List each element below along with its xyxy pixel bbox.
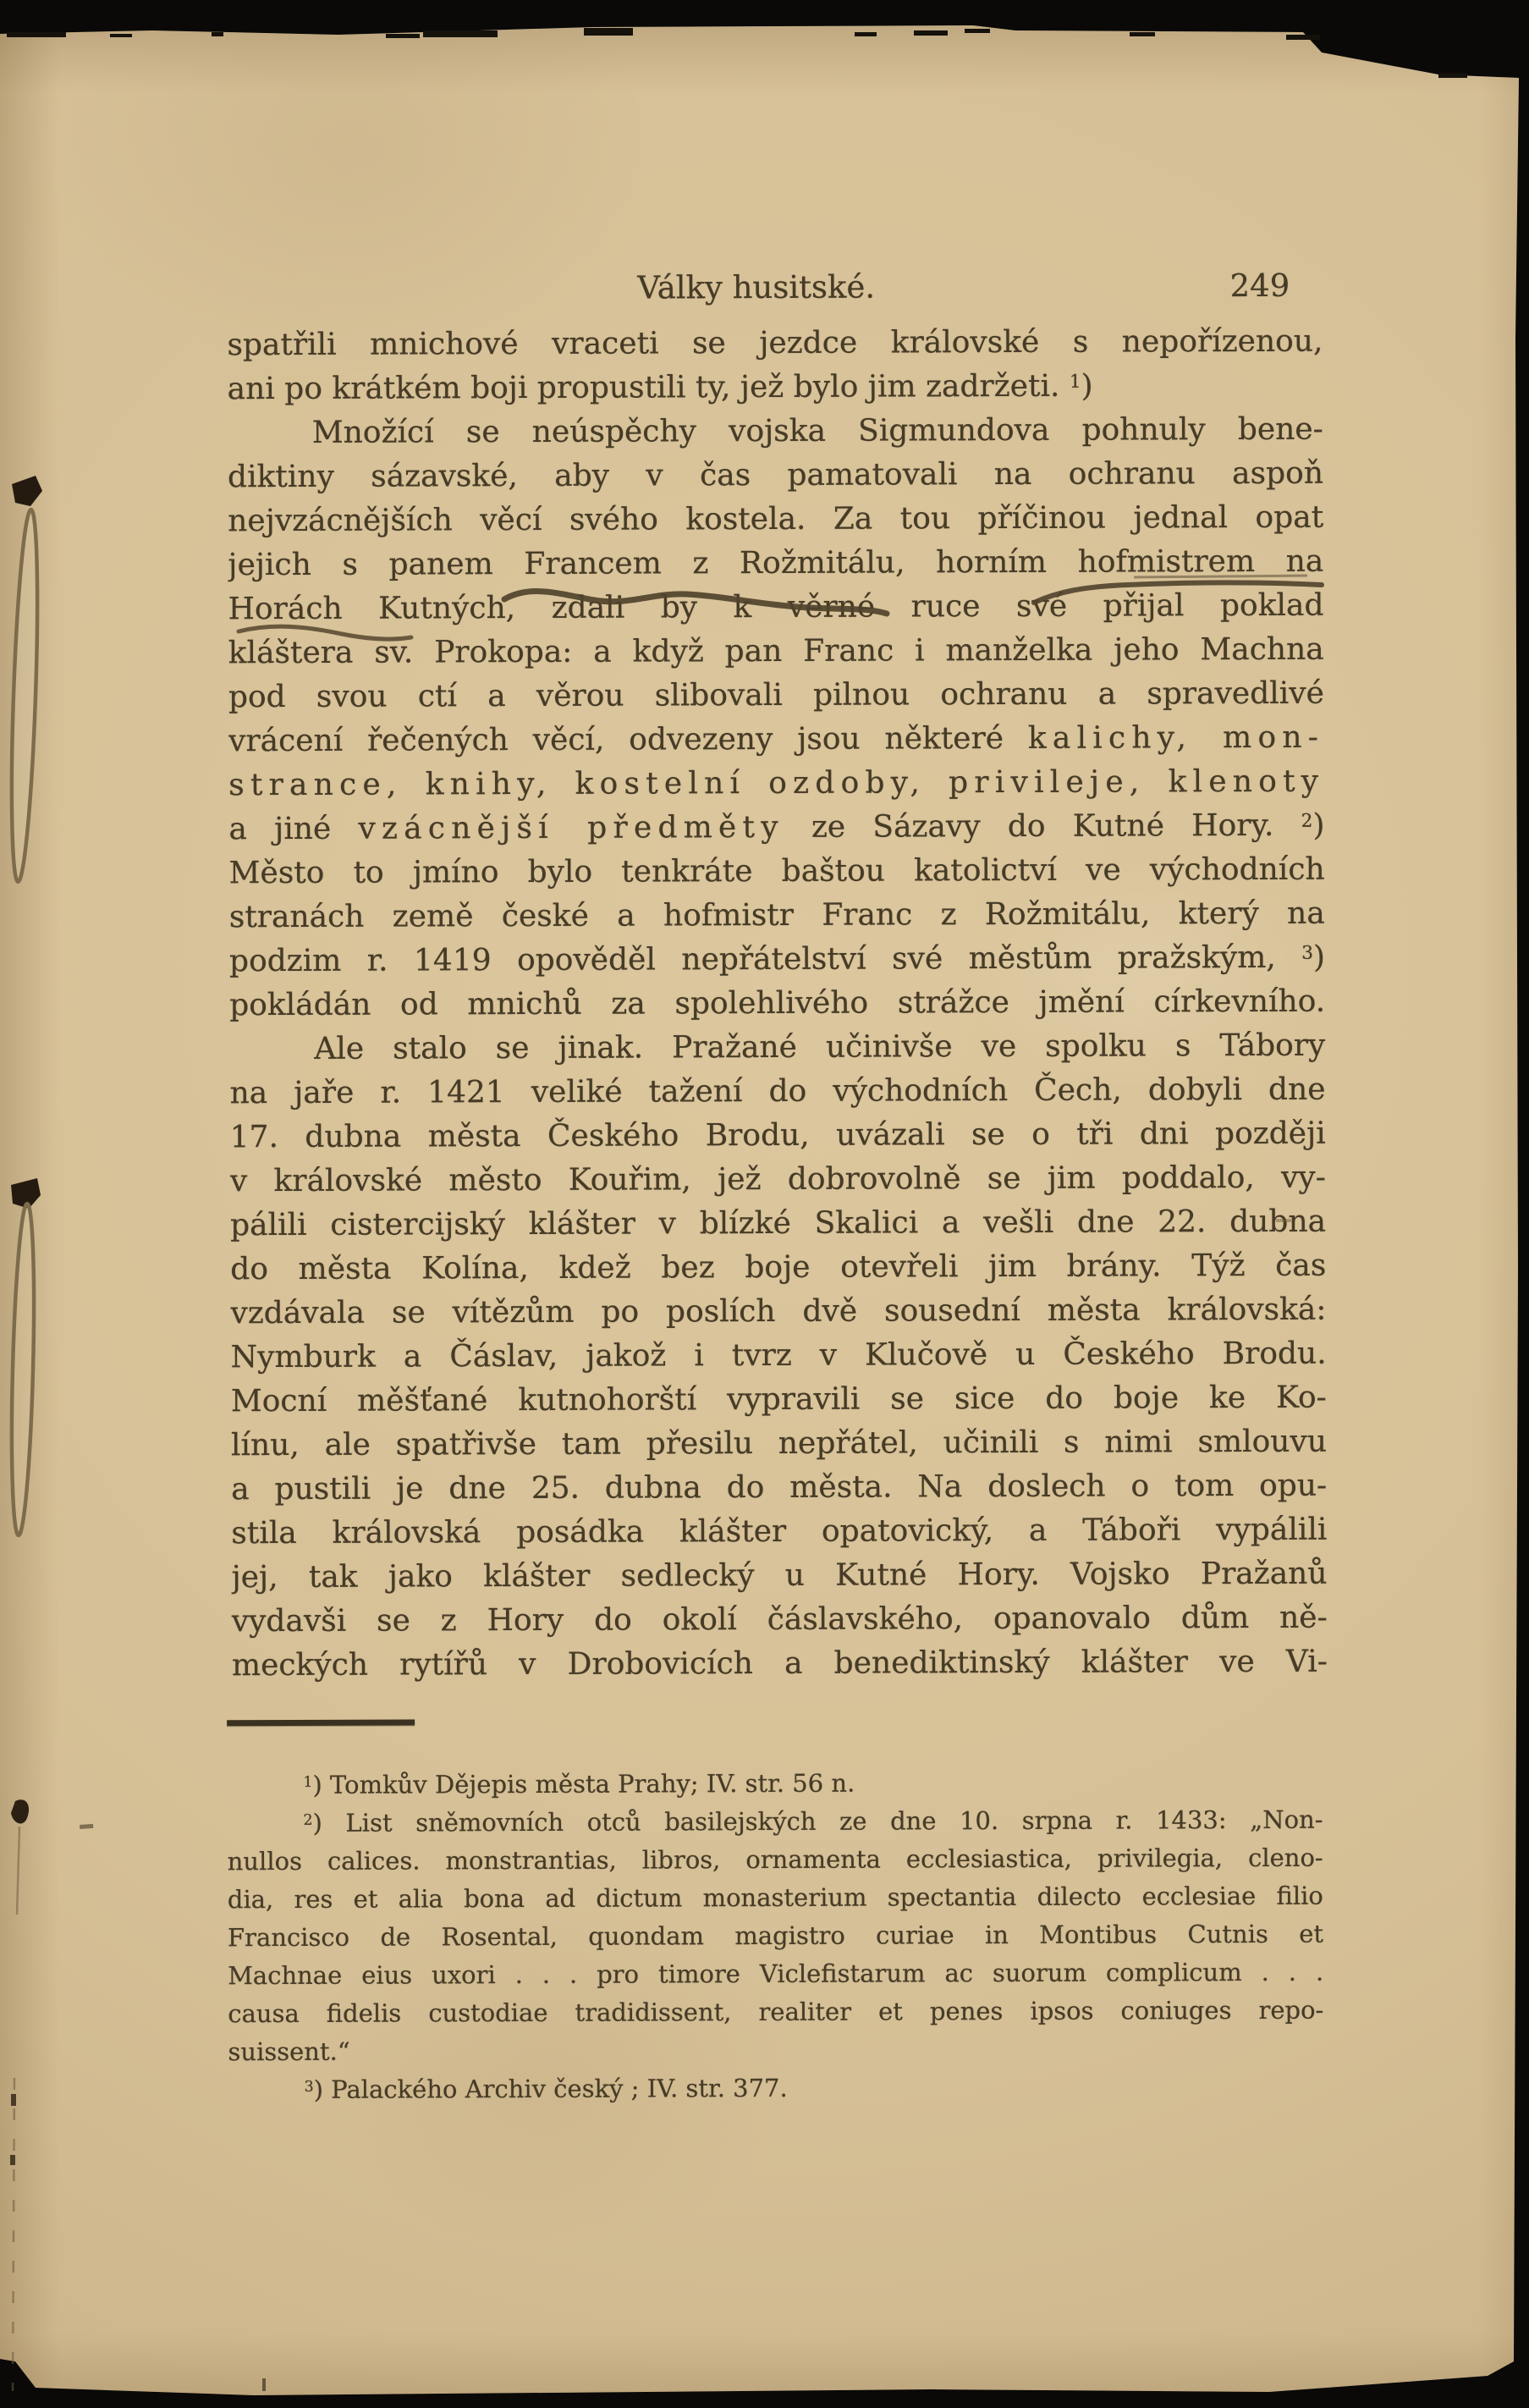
footnote-line: 3) Palackého Archiv český ; IV. str. 377… — [228, 2068, 1324, 2110]
body-line: spatřili mnichové vraceti se jezdce král… — [227, 320, 1323, 368]
footnote-line: nullos calices. monstrantias, libros, or… — [228, 1839, 1323, 1882]
body-line: a jiné vzácnější předměty ze Sázavy do K… — [228, 804, 1324, 852]
body-line: vzdávala se vítězům po poslích dvě souse… — [230, 1288, 1326, 1336]
footnote-reference: 2 — [1301, 810, 1313, 831]
body-line: na jaře r. 1421 veliké tažení do východn… — [229, 1068, 1325, 1116]
footnote-marker: 1 — [303, 1774, 312, 1791]
footnote-reference: 1 — [1070, 371, 1081, 392]
footnote-line: Machnae eius uxori . . . pro timore Vicl… — [228, 1953, 1323, 1996]
footnote-line: dia, res et alia bona ad dictum monaster… — [228, 1877, 1323, 1920]
page-title: Války husitské. — [208, 267, 1304, 308]
body-line: línu, ale spatřivše tam přesilu nepřátel… — [231, 1420, 1327, 1468]
body-line: do města Kolína, kdež bez boje otevřeli … — [230, 1244, 1326, 1292]
body-line: a pustili je dne 25. dubna do města. Na … — [231, 1464, 1327, 1513]
scanned-page: Války husitské. 249 spatřili mnichové vr… — [0, 0, 1529, 2408]
footnote-reference: 3 — [1301, 942, 1313, 963]
body-line: jej, tak jako klášter sedlecký u Kutné H… — [231, 1552, 1327, 1601]
body-line: v královské město Kouřim, jež dobrovolně… — [230, 1156, 1326, 1204]
body-line: Město to jmíno bylo tenkráte baštou kato… — [229, 848, 1325, 896]
body-line: podzim r. 1419 opověděl nepřátelství své… — [229, 936, 1325, 984]
body-line: stila královská posádka klášter opatovic… — [231, 1508, 1327, 1557]
body-line: diktiny sázavské, aby v čas pamatovali n… — [228, 452, 1323, 500]
body-line: pokládán od mnichů za spolehlivého stráž… — [229, 980, 1325, 1028]
body-line: Ale stalo se jinak. Pražané učinivše ve … — [229, 1024, 1325, 1072]
body-line: strance, knihy, kostelní ozdoby, privile… — [228, 760, 1324, 808]
running-head: Války husitské. 249 — [227, 267, 1323, 314]
body-line: Množící se neúspěchy vojska Sigmundova p… — [228, 408, 1323, 456]
body-line: vydavši se z Hory do okolí čáslavského, … — [232, 1596, 1328, 1645]
body-line: nejvzácnějších věcí svého kostela. Za to… — [228, 496, 1323, 544]
page-number: 249 — [1230, 267, 1290, 304]
footnote-line: 1) Tomkův Dějepis města Prahy; IV. str. … — [227, 1763, 1323, 1805]
footnote-line: Francisco de Rosental, quondam magistro … — [228, 1915, 1323, 1958]
body-text: spatřili mnichové vraceti se jezdce král… — [227, 320, 1328, 1689]
body-line: 17. dubna města Českého Brodu, uvázali s… — [230, 1112, 1326, 1160]
body-line: meckých rytířů v Drobovicích a benedikti… — [232, 1640, 1328, 1689]
letterspaced-emphasis: strance, knihy, kostelní ozdoby, privile… — [228, 764, 1324, 803]
letterspaced-emphasis: vzácnější předměty — [358, 810, 784, 846]
footnotes: 1) Tomkův Dějepis města Prahy; IV. str. … — [227, 1763, 1323, 2110]
footnote-line: 2) List sněmovních otců basilejských ze … — [227, 1801, 1323, 1843]
footnote-marker: 3 — [305, 2079, 314, 2096]
letterspaced-emphasis: kalichy, mon- — [1028, 720, 1324, 756]
body-line: Horách Kutných, zdali by k věrné ruce sv… — [228, 584, 1323, 632]
footnote-separator — [227, 1719, 415, 1726]
footnote-line: suissent.“ — [228, 2030, 1323, 2072]
body-line: kláštera sv. Prokopa: a když pan Franc i… — [228, 628, 1324, 676]
body-line: pálili cistercijský klášter v blízké Ska… — [230, 1200, 1326, 1248]
body-line: Mocní měšťané kutnohorští vypravili se s… — [231, 1376, 1327, 1424]
body-line: stranách země české a hofmistr Franc z R… — [229, 892, 1325, 940]
body-line: pod svou ctí a věrou slibovali pilnou oc… — [228, 672, 1324, 720]
footnote-marker: 2 — [304, 1812, 313, 1829]
body-line: Nymburk a Čáslav, jakož i tvrz v Klučově… — [231, 1332, 1327, 1380]
body-line: jejich s panem Francem z Rožmitálu, horn… — [228, 540, 1323, 588]
footnote-line: causa fidelis custodiae tradidissent, re… — [228, 1992, 1323, 2034]
body-line: ani po krátkém boji propustili ty, jež b… — [228, 364, 1323, 412]
body-line: vrácení řečených věcí, odvezeny jsou něk… — [228, 716, 1324, 764]
page-content: Války husitské. 249 spatřili mnichové vr… — [0, 0, 1529, 2408]
